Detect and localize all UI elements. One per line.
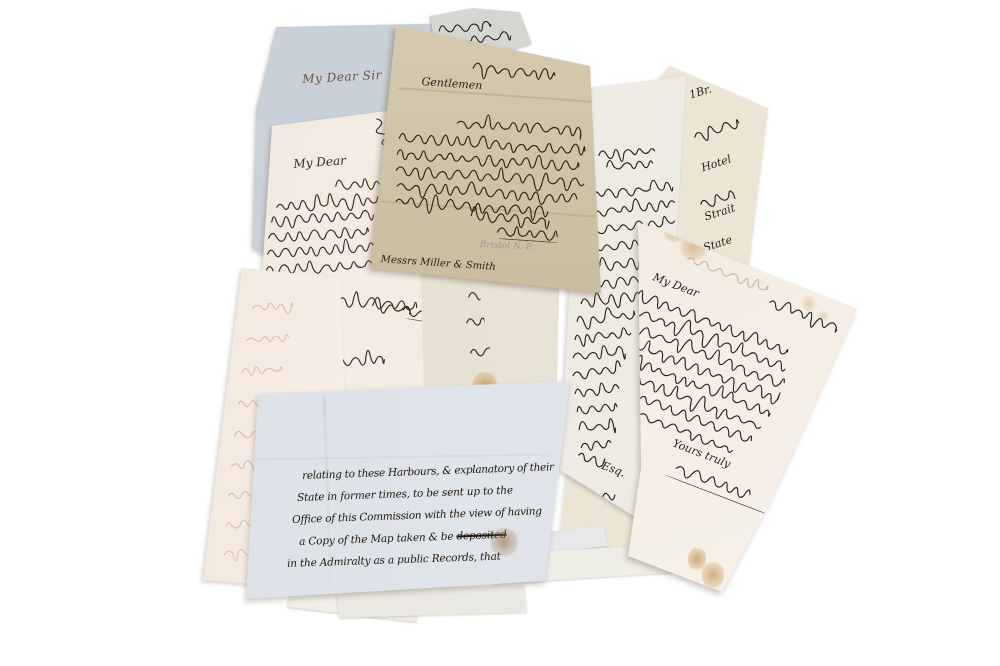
handwriting-line (438, 15, 492, 38)
letter-blue-gray-note: My Dear Sir (0, 0, 1000, 666)
handwriting-line (580, 434, 612, 455)
handwriting-line (397, 144, 580, 175)
paper-edge-2 (0, 0, 1000, 666)
closing-line: Yours truly (671, 438, 732, 470)
dateline (606, 154, 653, 174)
handwriting-line (599, 391, 736, 457)
paper-edge (0, 0, 1000, 666)
showthrough-line (252, 297, 293, 315)
addressee-esq: Esq. (600, 460, 627, 479)
handwriting-line (692, 114, 741, 144)
handwriting-line (457, 113, 582, 140)
showthrough-line (231, 455, 274, 473)
dateline (472, 58, 555, 83)
handwriting-line (470, 341, 501, 360)
handwriting-line (399, 128, 586, 159)
address-line: The Rev (282, 353, 328, 366)
signature-paraph (498, 238, 558, 243)
letter-text-fragment: a Copy of the Map taken & be (299, 531, 457, 548)
salutation: Gentlemen (421, 76, 482, 91)
line-ending-word: 1Br. (688, 83, 713, 100)
handwriting-line (267, 237, 374, 262)
foxing-stain (800, 296, 818, 312)
handwriting-line (396, 191, 549, 220)
showthrough-line (228, 485, 269, 503)
address-line: Messrs Miller & Smith (380, 255, 496, 273)
dateline (767, 293, 840, 335)
paper-edge-4 (0, 0, 1000, 666)
letter-cream-left: My Dear The Rev (0, 0, 1000, 666)
handwriting-line (594, 338, 774, 421)
showthrough-line (246, 329, 289, 347)
handwriting-line (588, 212, 675, 239)
showthrough-line (242, 361, 283, 379)
fold-crease (398, 87, 594, 103)
foxing-stain (678, 234, 710, 260)
letter-text-line: a Copy of the Map taken & be deposited (299, 530, 507, 548)
handwriting-line (576, 397, 618, 419)
handwriting-line (615, 295, 789, 375)
handwriting-line (326, 350, 385, 369)
handwriting-line (370, 116, 397, 154)
handwriting-line (397, 176, 578, 207)
line-ending-word: Hotel (700, 154, 733, 174)
handwriting-line (298, 287, 417, 315)
dateline (598, 141, 655, 163)
handwriting-line (592, 176, 673, 203)
letter-tilted-content: My Dear Yours truly (516, 222, 862, 625)
crumpled-scrap-paper (0, 0, 1000, 666)
handwriting-line (590, 194, 675, 221)
handwriting-line (468, 285, 499, 304)
handwriting-line (576, 485, 616, 507)
letter-tilted-paper: My Dear Yours truly (0, 0, 1000, 666)
handwriting-line (698, 184, 736, 211)
showthrough-line (238, 393, 277, 411)
paper-edge-3 (0, 0, 1000, 666)
letter-tan: Gentlemen Bristol N. P. Messrs Miller & … (0, 0, 1000, 666)
letter-under-right-paper: 1Br. Hotel Strait State (0, 0, 1000, 666)
wax-stain (472, 372, 498, 398)
struck-word: deposited (456, 529, 506, 543)
fold-crease (380, 201, 595, 218)
docket: Bristol N. P. (480, 241, 534, 253)
letter-text-line: in the Admiralty as a public Records, th… (287, 552, 501, 570)
letter-text-line: Office of this Commission with the view … (292, 506, 542, 525)
letter-blue-bottom-paper: relating to these Harbours, & explanator… (0, 0, 1000, 666)
signature-paraph (406, 318, 463, 328)
handwriting-line (590, 230, 671, 257)
salutation: My Dear (293, 154, 346, 170)
showthrough-line (224, 544, 259, 561)
handwriting-line (572, 342, 626, 365)
line-ending-word: Strait (703, 202, 737, 222)
salutation: My Dear Sir (302, 69, 382, 85)
under-sheet-center (0, 0, 1000, 666)
closing-line (471, 206, 550, 228)
letters-photo: My Dear Sir My Dear The Rev (0, 0, 1000, 666)
handwriting-line (592, 372, 755, 448)
foxing-stain (816, 310, 830, 322)
handwriting-line (572, 360, 622, 383)
paper-edge (0, 0, 1000, 666)
letter-tan-paper: Gentlemen Bristol N. P. Messrs Miller & … (0, 0, 1000, 666)
handwriting-line (592, 354, 764, 434)
foxing-stain (662, 220, 688, 242)
ink-stain (490, 526, 518, 558)
handwriting-line (396, 160, 585, 191)
handwriting-line (466, 312, 495, 330)
letter-blue-gray-note-paper: My Dear Sir (0, 0, 1000, 666)
strip-with-stain-paper (0, 0, 1000, 666)
letter-plymouth-center: Esq. (0, 0, 1000, 666)
letter-cream-left-paper: My Dear The Rev (0, 0, 1000, 666)
handwriting-line (574, 379, 620, 401)
foxing-stain (688, 546, 706, 572)
handwriting-line (372, 296, 412, 318)
paper-edge (0, 0, 1000, 666)
handwriting-line (586, 249, 660, 275)
handwriting-line (335, 173, 386, 194)
handwriting-line (266, 254, 373, 278)
handwriting-line (695, 259, 740, 288)
strip-with-stain (0, 0, 1000, 666)
under-sheet-center-paper (0, 0, 1000, 666)
letter-text-line: relating to these Harbours, & explanator… (302, 462, 554, 481)
handwriting-line (276, 190, 381, 215)
fold-crease (323, 395, 333, 590)
fold-crease (252, 453, 552, 460)
letter-blue-bottom: relating to these Harbours, & explanator… (0, 0, 1000, 666)
paper-edge-1 (0, 0, 1000, 666)
showthrough-line (234, 425, 279, 443)
handwriting-line (603, 307, 786, 391)
foxing-stain (702, 560, 724, 590)
line-ending-word: State (702, 234, 733, 254)
letter-tilted-right: My Dear Yours truly (0, 0, 1000, 666)
showthrough-line (226, 515, 265, 533)
handwriting-line (596, 322, 781, 407)
handwriting-line (574, 323, 632, 347)
signature-flourish (402, 300, 468, 329)
handwriting-line (444, 27, 511, 50)
letter-plymouth-paper: Esq. (0, 0, 1000, 666)
handwriting-line (271, 205, 374, 230)
addressee-name (576, 446, 606, 471)
signature-paraph (665, 475, 770, 516)
signature-flourish (497, 222, 558, 244)
handwriting-line (635, 285, 790, 358)
handwriting-line (268, 221, 369, 246)
handwriting-line (576, 305, 636, 329)
handwriting-line (584, 267, 656, 292)
sheet-pink-showthrough (0, 0, 1000, 666)
letter-text-line: State in former times, to be sent up to … (297, 485, 513, 503)
letter-under-right: 1Br. Hotel Strait State (0, 0, 1000, 666)
sheet-pink-paper (0, 0, 1000, 666)
crumpled-scrap (0, 0, 1000, 666)
handwriting-line (580, 286, 646, 311)
paper-edge (0, 0, 1000, 666)
signature-flourish (673, 459, 752, 504)
handwriting-line (578, 416, 616, 437)
salutation: My Dear (651, 272, 700, 300)
docket-faint (685, 251, 770, 296)
